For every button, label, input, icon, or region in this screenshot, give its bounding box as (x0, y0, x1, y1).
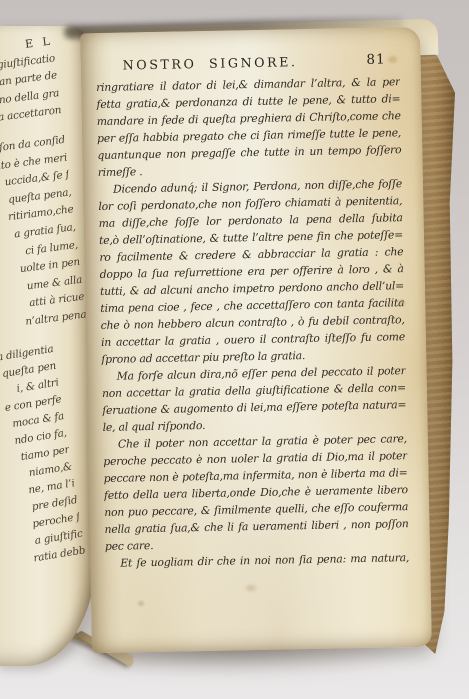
running-head-row: NOSTRO SIGNORE. 81 (96, 52, 400, 75)
page-inner: NOSTRO SIGNORE. 81 ringratiare il dator … (80, 27, 432, 653)
body-text: ringratiare il dator di lei,& dimandar l… (96, 73, 409, 572)
running-head: NOSTRO SIGNORE. (123, 54, 298, 72)
facing-page-text-bottom: la diligentiaqueſta peni, & altrie con p… (0, 341, 87, 576)
vellum-tie (44, 652, 134, 698)
page-number: 81 (366, 51, 385, 67)
book-photograph: E Llla giuſtificatiogran parte debuono d… (0, 0, 469, 699)
facing-page-text-top: E Llla giuſtificatiogran parte debuono d… (0, 33, 87, 337)
recto-page: NOSTRO SIGNORE. 81 ringratiare il dator … (80, 27, 432, 653)
